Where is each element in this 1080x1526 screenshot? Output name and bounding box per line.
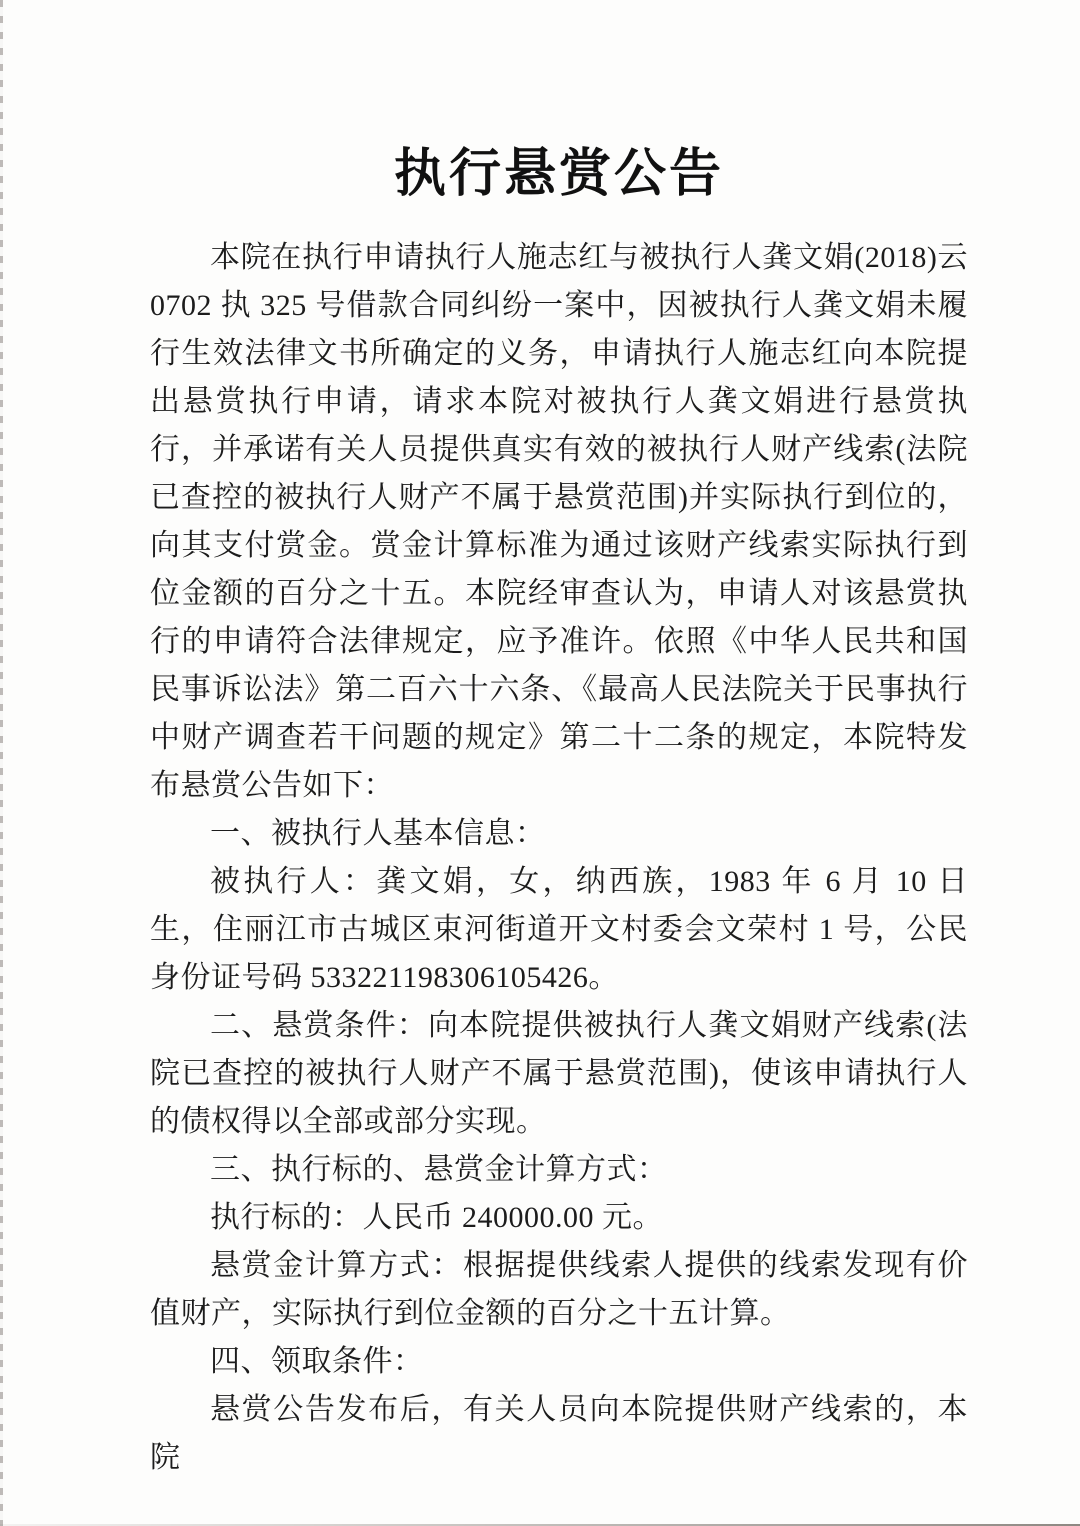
section-4-body-truncated: 悬赏公告发布后，有关人员向本院提供财产线索的，本院 xyxy=(150,1386,968,1482)
paragraph-intro: 本院在执行申请执行人施志红与被执行人龚文娟(2018)云 0702 执 325 … xyxy=(150,234,968,810)
section-1-body: 被执行人：龚文娟，女，纳西族，1983 年 6 月 10 日生，住丽江市古城区束… xyxy=(150,858,968,1002)
scan-left-edge-artifact xyxy=(0,0,3,1526)
section-3-heading: 三、执行标的、悬赏金计算方式： xyxy=(150,1146,968,1194)
document-title: 执行悬赏公告 xyxy=(150,140,968,210)
section-3-calculation: 悬赏金计算方式：根据提供线索人提供的线索发现有价值财产，实际执行到位金额的百分之… xyxy=(150,1242,968,1338)
section-3-target-amount: 执行标的：人民币 240000.00 元。 xyxy=(150,1194,968,1242)
document-page: 执行悬赏公告 本院在执行申请执行人施志红与被执行人龚文娟(2018)云 0702… xyxy=(150,140,968,1482)
section-1-heading: 一、被执行人基本信息： xyxy=(150,810,968,858)
section-2-body: 二、悬赏条件：向本院提供被执行人龚文娟财产线索(法院已查控的被执行人财产不属于悬… xyxy=(150,1002,968,1146)
section-4-heading: 四、领取条件： xyxy=(150,1338,968,1386)
